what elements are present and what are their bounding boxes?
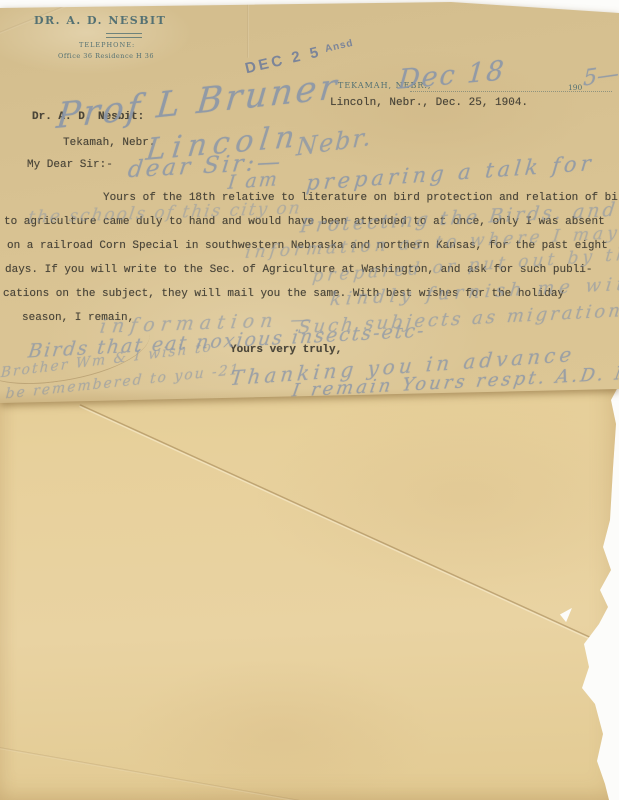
letterhead-phone-numbers: Office 36 Residence H 36	[58, 52, 154, 60]
letterhead-name: DR. A. D. NESBIT	[34, 14, 166, 27]
letter-sheet-shadow: DR. A. D. NESBIT TELEPHONE: Office 36 Re…	[0, 0, 619, 405]
letterhead-telephone-label: TELEPHONE:	[79, 41, 135, 49]
stamp-answered-suffix: Ansd	[324, 38, 355, 55]
handwritten-year-digit: 5—	[583, 61, 619, 91]
typed-dateline: Lincoln, Nebr., Dec. 25, 1904.	[330, 97, 528, 109]
letter-sheet: DR. A. D. NESBIT TELEPHONE: Office 36 Re…	[0, 0, 619, 405]
letterhead-underline	[106, 33, 142, 38]
typed-addressee-city: Tekamah, Nebr.	[63, 137, 155, 149]
handwritten-recipient-state: Nebr.	[295, 122, 373, 161]
handwritten-draft-line: I am	[227, 168, 280, 194]
scanned-letter: DR. A. D. NESBIT TELEPHONE: Office 36 Re…	[0, 0, 619, 800]
top-vertical-crease	[247, 0, 249, 58]
handwritten-draft-line: preparing a talk for	[305, 151, 596, 195]
printed-year-prefix: 190	[568, 83, 582, 92]
typed-salutation: My Dear Sir:-	[27, 159, 113, 171]
bottom-left-crease	[0, 745, 323, 800]
diagonal-fold-crease	[79, 404, 619, 652]
